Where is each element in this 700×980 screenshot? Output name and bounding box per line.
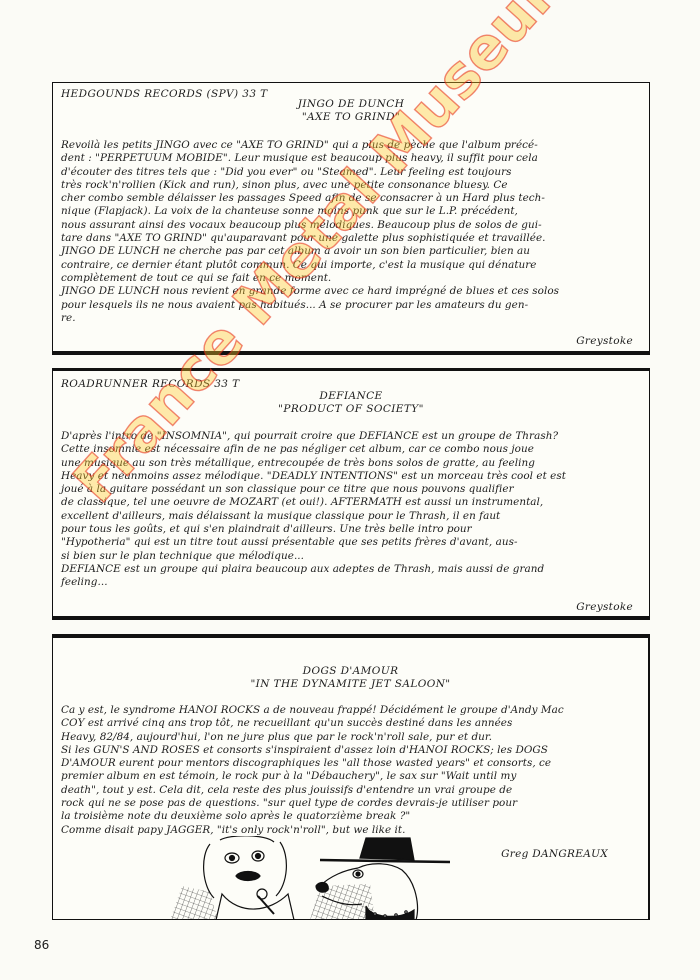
record-label: ROADRUNNER RECORDS 33 T xyxy=(61,378,240,390)
review-signature: Greystoke xyxy=(576,335,633,347)
review-body: D'après l'intro de "INSOMNIA", qui pourr… xyxy=(61,430,645,590)
band-name: JINGO DE DUNCH xyxy=(53,98,649,111)
review-body: Ca y est, le syndrome HANOI ROCKS a de n… xyxy=(61,704,644,837)
crosshatch-left xyxy=(170,886,218,920)
review-body: Revoilà les petits JINGO avec ce "AXE TO… xyxy=(61,139,645,325)
band-name: DEFIANCE xyxy=(53,390,649,403)
page-number: 86 xyxy=(34,938,49,952)
review-jingo-de-lunch: HEDGOUNDS RECORDS (SPV) 33 T JINGO DE DU… xyxy=(52,82,650,355)
album-title: "PRODUCT OF SOCIETY" xyxy=(53,403,649,416)
dogs-illustration xyxy=(170,836,490,920)
band-name: DOGS D'AMOUR xyxy=(53,665,648,678)
album-title: "AXE TO GRIND" xyxy=(53,111,649,124)
dog-bandana-icon xyxy=(204,836,294,920)
album-title: "IN THE DYNAMITE JET SALOON" xyxy=(53,678,648,691)
review-signature: Greg DANGREAUX xyxy=(501,848,608,860)
review-defiance: ROADRUNNER RECORDS 33 T DEFIANCE "PRODUC… xyxy=(52,368,650,620)
review-signature: Greystoke xyxy=(576,601,633,613)
